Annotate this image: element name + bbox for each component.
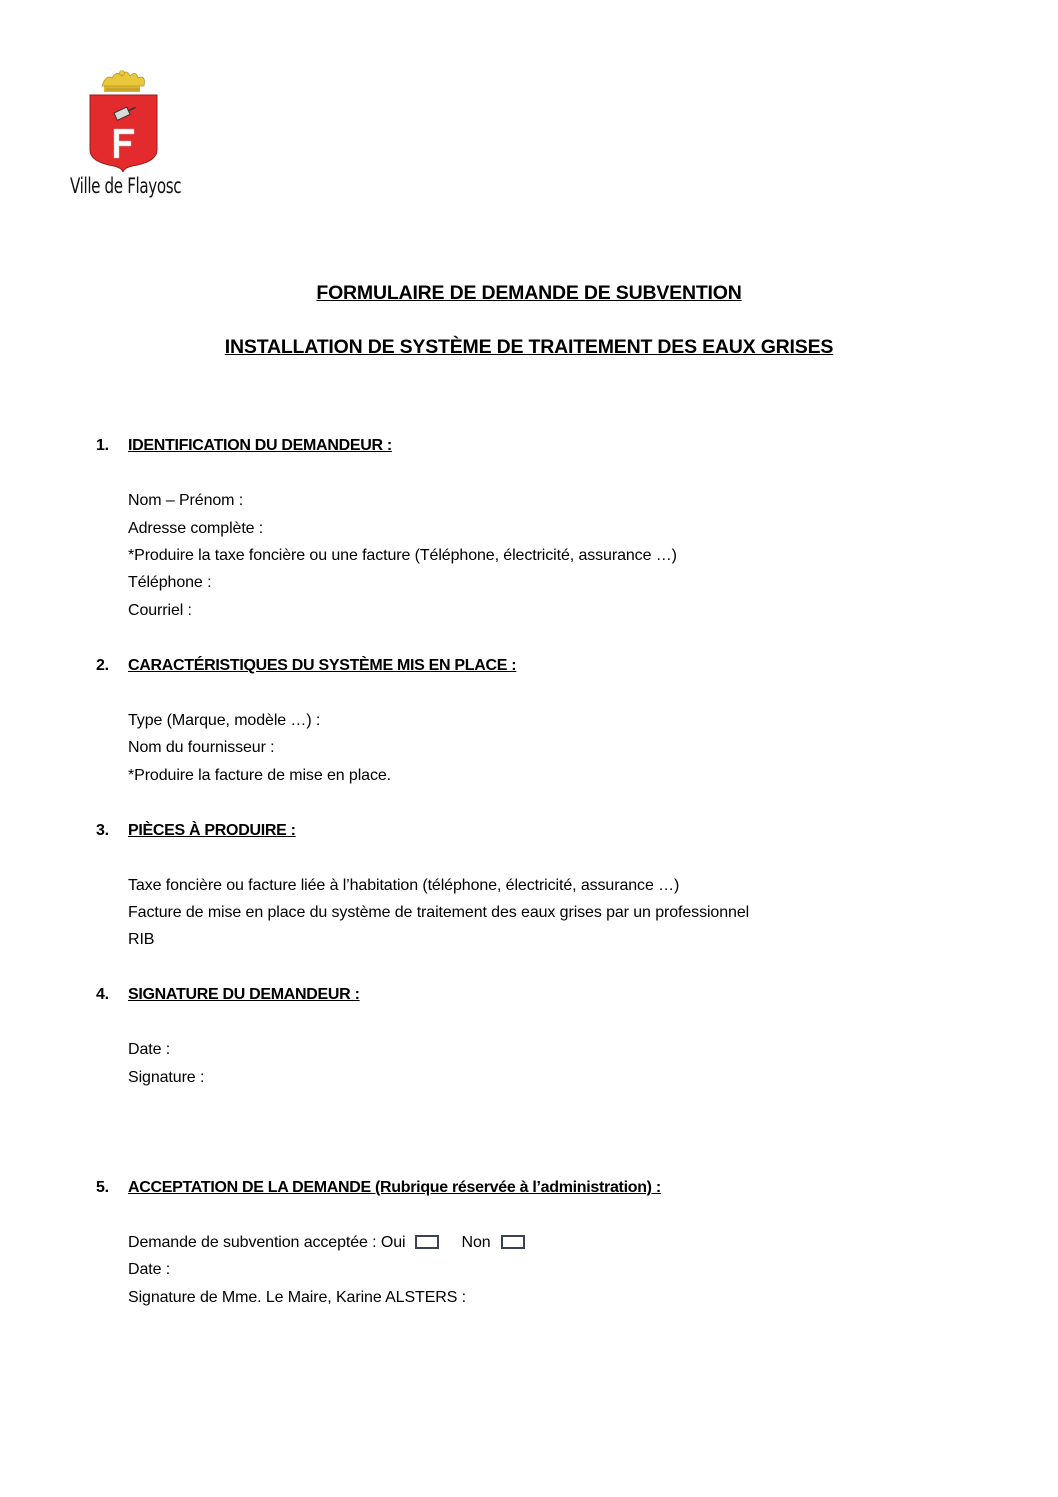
note-proof-of-address: *Produire la taxe foncière ou une factur… bbox=[128, 547, 677, 565]
admin-field-date: Date : bbox=[128, 1261, 170, 1279]
section-number: 1. bbox=[96, 437, 128, 455]
required-doc-item: Taxe foncière ou facture liée à l’habita… bbox=[128, 877, 679, 895]
section-title: IDENTIFICATION DU DEMANDEUR : bbox=[128, 437, 392, 454]
no-label: Non bbox=[461, 1234, 490, 1251]
field-fournisseur: Nom du fournisseur : bbox=[128, 739, 275, 757]
section-3-heading: 3.PIÈCES À PRODUIRE : bbox=[96, 822, 296, 840]
document-subtitle: INSTALLATION DE SYSTÈME DE TRAITEMENT DE… bbox=[0, 336, 1058, 359]
section-number: 4. bbox=[96, 986, 128, 1004]
field-date: Date : bbox=[128, 1041, 170, 1059]
section-title: SIGNATURE DU DEMANDEUR : bbox=[128, 986, 360, 1003]
acceptance-row: Demande de subvention acceptée : OuiNon bbox=[128, 1234, 547, 1252]
field-adresse: Adresse complète : bbox=[128, 520, 263, 538]
town-logo: Ville de Flayosc bbox=[66, 66, 186, 211]
checkbox-non[interactable] bbox=[501, 1235, 525, 1249]
section-title: PIÈCES À PRODUIRE : bbox=[128, 822, 296, 839]
coat-of-arms-shield-icon bbox=[66, 66, 186, 176]
field-nom-prenom: Nom – Prénom : bbox=[128, 492, 243, 510]
field-type: Type (Marque, modèle …) : bbox=[128, 712, 320, 730]
section-1-heading: 1.IDENTIFICATION DU DEMANDEUR : bbox=[96, 437, 392, 455]
section-title: ACCEPTATION DE LA DEMANDE (Rubrique rése… bbox=[128, 1179, 661, 1196]
crown-icon bbox=[102, 71, 144, 93]
field-telephone: Téléphone : bbox=[128, 574, 211, 592]
section-number: 3. bbox=[96, 822, 128, 840]
section-number: 5. bbox=[96, 1179, 128, 1197]
required-doc-item: Facture de mise en place du système de t… bbox=[128, 904, 749, 922]
section-title: CARACTÉRISTIQUES DU SYSTÈME MIS EN PLACE… bbox=[128, 657, 516, 674]
field-signature: Signature : bbox=[128, 1069, 204, 1087]
document-title: FORMULAIRE DE DEMANDE DE SUBVENTION bbox=[0, 282, 1058, 305]
section-5-heading: 5.ACCEPTATION DE LA DEMANDE (Rubrique ré… bbox=[96, 1179, 661, 1197]
section-2-heading: 2.CARACTÉRISTIQUES DU SYSTÈME MIS EN PLA… bbox=[96, 657, 516, 675]
note-invoice: *Produire la facture de mise en place. bbox=[128, 767, 391, 785]
town-name: Ville de Flayosc bbox=[70, 174, 155, 198]
checkbox-oui[interactable] bbox=[415, 1235, 439, 1249]
section-4-heading: 4.SIGNATURE DU DEMANDEUR : bbox=[96, 986, 360, 1004]
acceptance-label: Demande de subvention acceptée : Oui bbox=[128, 1234, 405, 1251]
required-doc-item: RIB bbox=[128, 931, 154, 949]
section-number: 2. bbox=[96, 657, 128, 675]
admin-field-mayor-signature: Signature de Mme. Le Maire, Karine ALSTE… bbox=[128, 1289, 466, 1307]
field-courriel: Courriel : bbox=[128, 602, 192, 620]
